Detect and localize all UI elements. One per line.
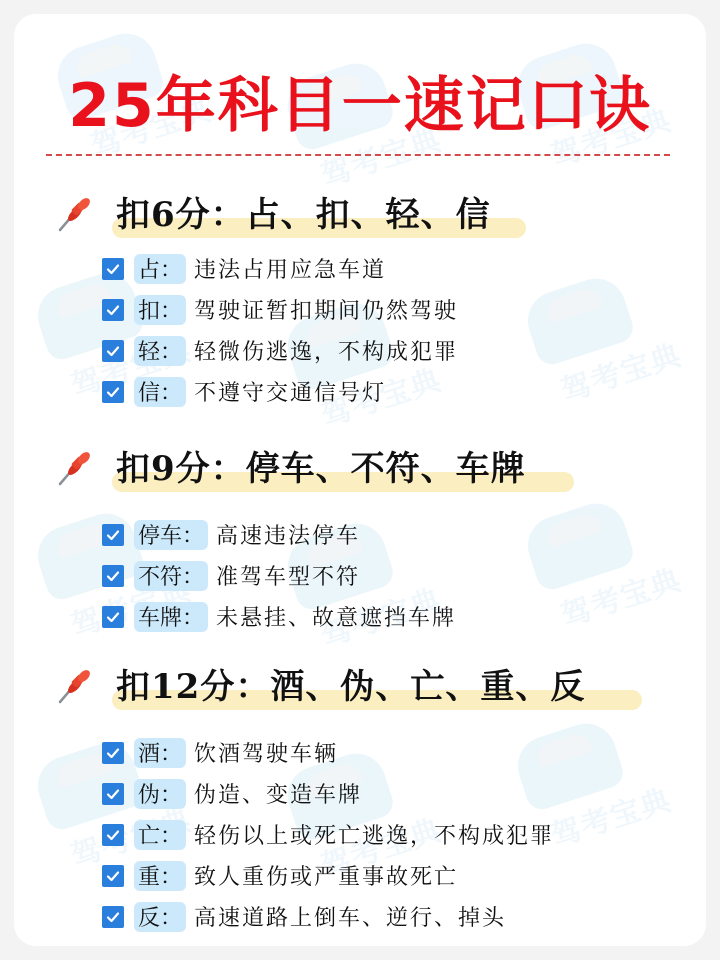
checkbox-checked-icon (102, 258, 124, 280)
list-item: 信： 不遵守交通信号灯 (102, 371, 458, 412)
list-item: 反： 高速道路上倒车、逆行、掉头 (102, 896, 554, 937)
item-key: 亡： (134, 820, 186, 850)
car-icon (520, 271, 637, 368)
list-item: 亡： 轻伤以上或死亡逃逸，不构成犯罪 (102, 814, 554, 855)
item-list: 占： 违法占用应急车道 扣： 驾驶证暂扣期间仍然驾驶 轻： 轻微伤逃逸，不构成犯… (102, 248, 458, 412)
list-item: 停车： 高速违法停车 (102, 514, 456, 555)
checkbox-checked-icon (102, 524, 124, 546)
section-heading: 扣12分：酒、伪、亡、重、反 (116, 664, 585, 710)
item-list: 酒： 饮酒驾驶车辆 伪： 伪造、变造车牌 亡： 轻伤以上或死亡逃逸，不构成犯罪 … (102, 732, 554, 937)
item-description: 致人重伤或严重事故死亡 (194, 860, 458, 891)
dashed-divider (46, 154, 670, 156)
checkbox-checked-icon (102, 565, 124, 587)
section-9-points: 扣9分：停车、不符、车牌 停车： 高速违法停车 不符： 准驾车型不符 车牌： 未… (54, 446, 694, 498)
list-item: 车牌： 未悬挂、故意遮挡车牌 (102, 596, 456, 637)
item-key: 不符： (134, 561, 208, 591)
item-description: 饮酒驾驶车辆 (194, 737, 338, 768)
item-description: 未悬挂、故意遮挡车牌 (216, 601, 456, 632)
checkbox-checked-icon (102, 783, 124, 805)
item-key: 扣： (134, 295, 186, 325)
list-item: 重： 致人重伤或严重事故死亡 (102, 855, 554, 896)
item-key: 轻： (134, 336, 186, 366)
page-title: 25年科目一速记口诀 (50, 66, 670, 146)
item-key: 伪： (134, 779, 186, 809)
section-heading: 扣9分：停车、不符、车牌 (116, 446, 526, 492)
checkbox-checked-icon (102, 742, 124, 764)
list-item: 轻： 轻微伤逃逸，不构成犯罪 (102, 330, 458, 371)
list-item: 伪： 伪造、变造车牌 (102, 773, 554, 814)
section-heading-row: 扣6分：占、扣、轻、信 (54, 192, 694, 244)
item-list: 停车： 高速违法停车 不符： 准驾车型不符 车牌： 未悬挂、故意遮挡车牌 (102, 514, 456, 637)
section-heading: 扣6分：占、扣、轻、信 (116, 192, 491, 238)
list-item: 占： 违法占用应急车道 (102, 248, 458, 289)
item-key: 重： (134, 861, 186, 891)
checkbox-checked-icon (102, 824, 124, 846)
item-key: 酒： (134, 738, 186, 768)
watermark: 驾考宝典 (508, 474, 691, 644)
list-item: 不符： 准驾车型不符 (102, 555, 456, 596)
item-key: 反： (134, 902, 186, 932)
list-item: 扣： 驾驶证暂扣期间仍然驾驶 (102, 289, 458, 330)
section-heading-row: 扣9分：停车、不符、车牌 (54, 446, 694, 498)
content-card: 驾考宝典 驾考宝典 驾考宝典 驾考宝典 驾考宝典 驾考宝典 驾考宝典 驾考宝典 … (14, 14, 706, 946)
watermark: 驾考宝典 (508, 249, 691, 419)
checkbox-checked-icon (102, 606, 124, 628)
item-description: 驾驶证暂扣期间仍然驾驶 (194, 294, 458, 325)
checkbox-checked-icon (102, 299, 124, 321)
checkbox-checked-icon (102, 906, 124, 928)
checkbox-checked-icon (102, 340, 124, 362)
pushpin-icon (54, 194, 94, 234)
item-description: 高速违法停车 (216, 519, 360, 550)
list-item: 酒： 饮酒驾驶车辆 (102, 732, 554, 773)
item-description: 准驾车型不符 (216, 560, 360, 591)
checkbox-checked-icon (102, 865, 124, 887)
item-description: 伪造、变造车牌 (194, 778, 362, 809)
section-heading-row: 扣12分：酒、伪、亡、重、反 (54, 664, 694, 716)
pushpin-icon (54, 448, 94, 488)
car-icon (520, 496, 637, 593)
item-key: 停车： (134, 520, 208, 550)
section-12-points: 扣12分：酒、伪、亡、重、反 酒： 饮酒驾驶车辆 伪： 伪造、变造车牌 亡： 轻… (54, 664, 694, 716)
item-description: 轻微伤逃逸，不构成犯罪 (194, 335, 458, 366)
item-description: 轻伤以上或死亡逃逸，不构成犯罪 (194, 819, 554, 850)
item-key: 车牌： (134, 602, 208, 632)
pushpin-icon (54, 666, 94, 706)
checkbox-checked-icon (102, 381, 124, 403)
section-6-points: 扣6分：占、扣、轻、信 占： 违法占用应急车道 扣： 驾驶证暂扣期间仍然驾驶 轻… (54, 192, 694, 244)
item-description: 违法占用应急车道 (194, 253, 386, 284)
item-description: 高速道路上倒车、逆行、掉头 (194, 901, 506, 932)
item-key: 占： (134, 254, 186, 284)
item-key: 信： (134, 377, 186, 407)
item-description: 不遵守交通信号灯 (194, 376, 386, 407)
